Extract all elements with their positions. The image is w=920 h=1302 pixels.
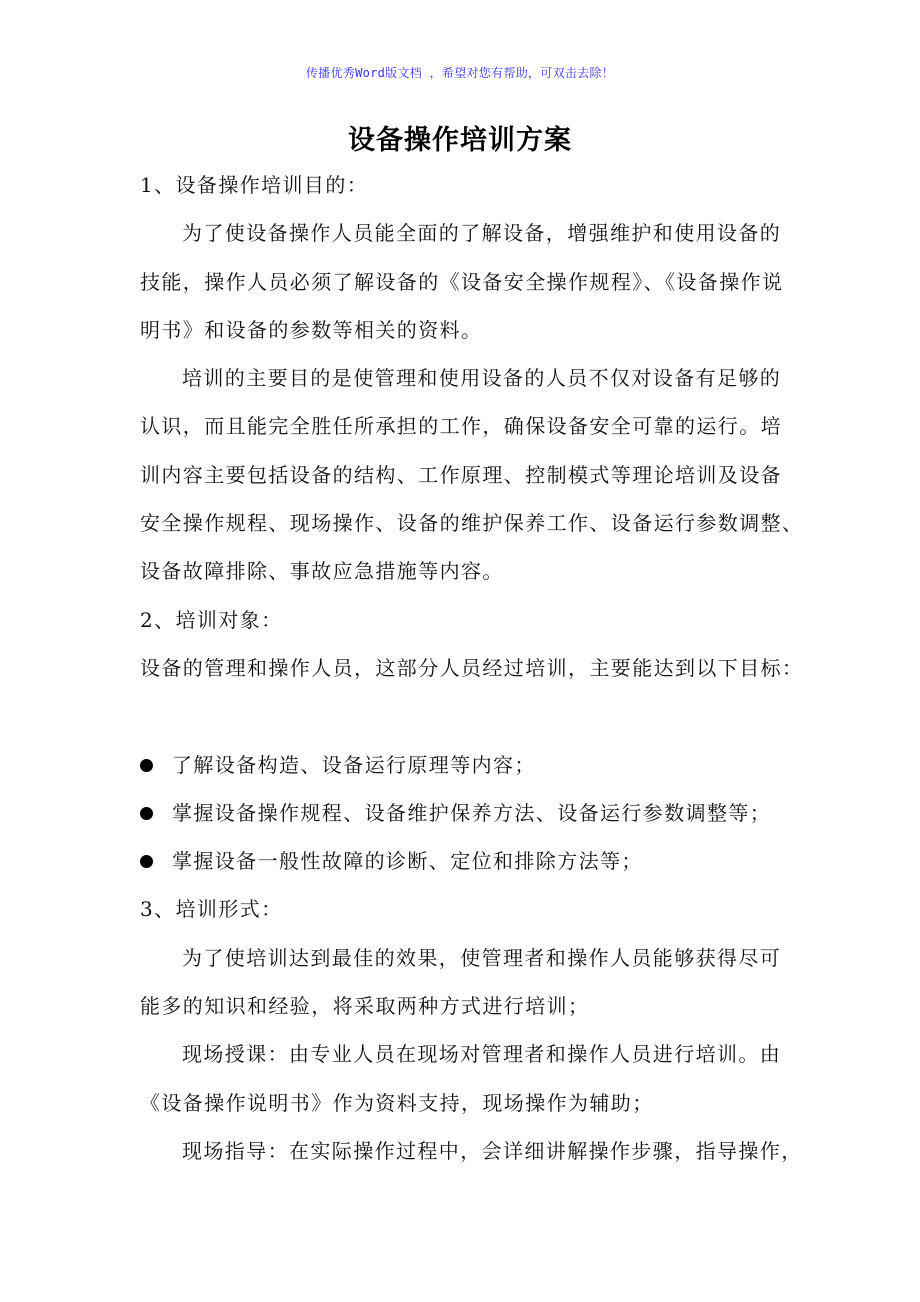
section-1-heading: 1、设备操作培训目的：: [140, 168, 800, 216]
paragraph-line: 明书》和设备的参数等相关的资料。: [140, 313, 800, 361]
section-3-heading: 3、培训形式：: [140, 892, 800, 940]
document-title: 设备操作培训方案: [0, 118, 920, 157]
paragraph-line: 《设备操作说明书》作为资料支持，现场操作为辅助；: [140, 1086, 800, 1134]
bullet-item: 掌握设备操作规程、设备维护保养方法、设备运行参数调整等；: [140, 796, 800, 844]
paragraph-line: 能多的知识和经验，将采取两种方式进行培训；: [140, 989, 800, 1037]
bullet-item: 掌握设备一般性故障的诊断、定位和排除方法等；: [140, 844, 800, 892]
watermark-notice: 传播优秀Word版文档 ，希望对您有帮助，可双击去除！: [0, 64, 920, 81]
section-2-heading: 2、培训对象：: [140, 603, 800, 651]
bullet-text: 掌握设备操作规程、设备维护保养方法、设备运行参数调整等；: [172, 796, 771, 830]
paragraph-line: 技能，操作人员必须了解设备的《设备安全操作规程》、《设备操作说: [140, 265, 800, 313]
paragraph-line: 安全操作规程、现场操作、设备的维护保养工作、设备运行参数调整、: [140, 506, 800, 554]
paragraph-line: 为了使设备操作人员能全面的了解设备，增强维护和使用设备的: [140, 216, 800, 264]
blank-line: [140, 699, 800, 747]
paragraph-line: 现场授课：由专业人员在现场对管理者和操作人员进行培训。由: [140, 1037, 800, 1085]
bullet-icon: [140, 759, 153, 772]
paragraph-line: 认识，而且能完全胜任所承担的工作，确保设备安全可靠的运行。培: [140, 409, 800, 457]
bullet-text: 了解设备构造、设备运行原理等内容；: [172, 748, 536, 782]
paragraph-line: 现场指导：在实际操作过程中，会详细讲解操作步骤，指导操作，: [140, 1134, 800, 1182]
bullet-text: 掌握设备一般性故障的诊断、定位和排除方法等；: [172, 844, 643, 878]
bullet-item: 了解设备构造、设备运行原理等内容；: [140, 748, 800, 796]
paragraph-line: 设备的管理和操作人员，这部分人员经过培训，主要能达到以下目标：: [140, 651, 800, 699]
paragraph-line: 训内容主要包括设备的结构、工作原理、控制模式等理论培训及设备: [140, 458, 800, 506]
document-body: 1、设备操作培训目的： 为了使设备操作人员能全面的了解设备，增强维护和使用设备的…: [140, 168, 800, 1182]
bullet-icon: [140, 807, 153, 820]
paragraph-line: 培训的主要目的是使管理和使用设备的人员不仅对设备有足够的: [140, 361, 800, 409]
paragraph-line: 为了使培训达到最佳的效果，使管理者和操作人员能够获得尽可: [140, 941, 800, 989]
bullet-icon: [140, 855, 153, 868]
paragraph-line: 设备故障排除、事故应急措施等内容。: [140, 554, 800, 602]
